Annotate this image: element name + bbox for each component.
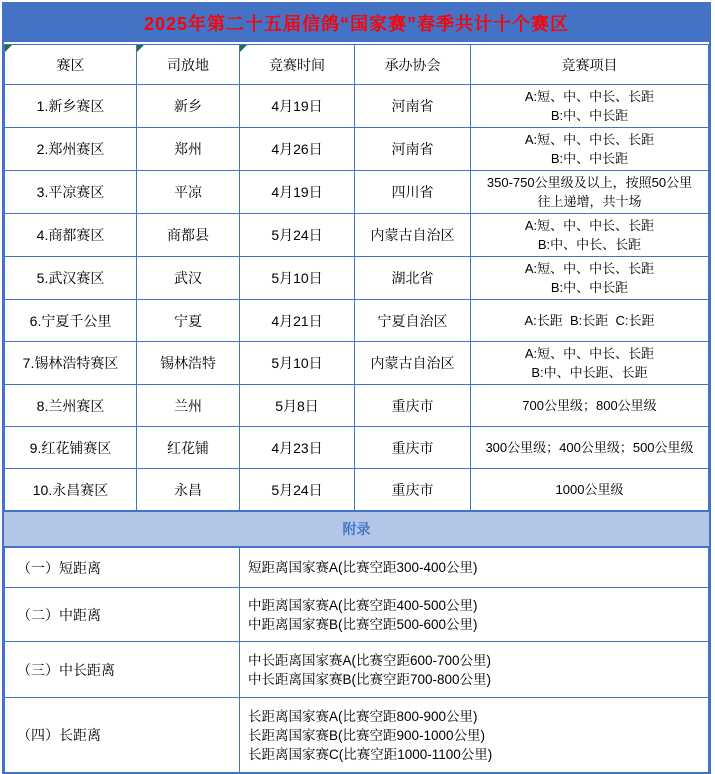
date-cell: 4月26日 <box>240 128 355 171</box>
zone-cell: 2.郑州赛区 <box>5 128 137 171</box>
appendix-header: 附录 <box>4 511 709 547</box>
appendix-row: （三）中长距离 中长距离国家赛A(比赛空距600-700公里) 中长距离国家赛B… <box>5 642 709 698</box>
zone-cell: 6.宁夏千公里 <box>5 300 137 342</box>
table-row: 5.武汉赛区 武汉 5月10日 湖北省 A:短、中、中长、长距 B:中、中长距 <box>5 257 709 300</box>
site-cell: 兰州 <box>137 385 240 427</box>
header-race-date: 竞赛时间 <box>240 45 355 85</box>
table-row: 7.锡林浩特赛区 锡林浩特 5月10日 内蒙古自治区 A:短、中、中长、长距 B… <box>5 342 709 385</box>
appendix-table: （一）短距离 短距离国家赛A(比赛空距300-400公里) （二）中距离 中距离… <box>4 547 709 773</box>
site-cell: 商都县 <box>137 214 240 257</box>
header-row: 赛区 司放地 竞赛时间 承办协会 竞赛项目 <box>5 45 709 85</box>
table-row: 6.宁夏千公里 宁夏 4月21日 宁夏自治区 A:长距 B:长距 C:长距 <box>5 300 709 342</box>
events-cell: A:短、中、中长、长距 B:中、中长距 <box>471 257 709 300</box>
zone-cell: 4.商都赛区 <box>5 214 137 257</box>
events-cell: A:短、中、中长、长距 B:中、中长距 <box>471 128 709 171</box>
association-cell: 湖北省 <box>355 257 471 300</box>
error-triangle-icon <box>137 45 144 52</box>
appendix-category: （二）中距离 <box>5 588 240 642</box>
date-cell: 5月24日 <box>240 469 355 511</box>
date-cell: 5月10日 <box>240 342 355 385</box>
appendix-category: （四）长距离 <box>5 698 240 773</box>
site-cell: 平凉 <box>137 171 240 214</box>
date-cell: 5月24日 <box>240 214 355 257</box>
site-cell: 新乡 <box>137 85 240 128</box>
zone-cell: 10.永昌赛区 <box>5 469 137 511</box>
date-cell: 5月10日 <box>240 257 355 300</box>
site-cell: 红花铺 <box>137 427 240 469</box>
association-cell: 宁夏自治区 <box>355 300 471 342</box>
header-zone: 赛区 <box>5 45 137 85</box>
table-frame: 2025年第二十五届信鸽“国家赛”春季共计十个赛区 赛区 司放地 竞赛时间 承办… <box>2 2 711 774</box>
appendix-detail: 短距离国家赛A(比赛空距300-400公里) <box>240 548 709 588</box>
spreadsheet-view: 2025年第二十五届信鸽“国家赛”春季共计十个赛区 赛区 司放地 竞赛时间 承办… <box>0 0 715 774</box>
table-row: 4.商都赛区 商都县 5月24日 内蒙古自治区 A:短、中、中长、长距 B:中、… <box>5 214 709 257</box>
site-cell: 郑州 <box>137 128 240 171</box>
events-cell: A:长距 B:长距 C:长距 <box>471 300 709 342</box>
site-cell: 锡林浩特 <box>137 342 240 385</box>
association-cell: 河南省 <box>355 128 471 171</box>
zone-cell: 3.平凉赛区 <box>5 171 137 214</box>
association-cell: 重庆市 <box>355 385 471 427</box>
date-cell: 4月21日 <box>240 300 355 342</box>
appendix-detail: 长距离国家赛A(比赛空距800-900公里) 长距离国家赛B(比赛空距900-1… <box>240 698 709 773</box>
appendix-category: （三）中长距离 <box>5 642 240 698</box>
events-cell: A:短、中、中长、长距 B:中、中长距 <box>471 85 709 128</box>
association-cell: 内蒙古自治区 <box>355 214 471 257</box>
table-row: 3.平凉赛区 平凉 4月19日 四川省 350-750公里级及以上，按照50公里… <box>5 171 709 214</box>
header-association: 承办协会 <box>355 45 471 85</box>
table-row: 9.红花铺赛区 红花铺 4月23日 重庆市 300公里级；400公里级；500公… <box>5 427 709 469</box>
zone-cell: 8.兰州赛区 <box>5 385 137 427</box>
site-cell: 永昌 <box>137 469 240 511</box>
events-cell: 700公里级；800公里级 <box>471 385 709 427</box>
zone-cell: 5.武汉赛区 <box>5 257 137 300</box>
appendix-row: （四）长距离 长距离国家赛A(比赛空距800-900公里) 长距离国家赛B(比赛… <box>5 698 709 773</box>
association-cell: 重庆市 <box>355 427 471 469</box>
association-cell: 重庆市 <box>355 469 471 511</box>
page-title: 2025年第二十五届信鸽“国家赛”春季共计十个赛区 <box>4 4 709 44</box>
table-row: 10.永昌赛区 永昌 5月24日 重庆市 1000公里级 <box>5 469 709 511</box>
error-triangle-icon <box>240 45 247 52</box>
site-cell: 宁夏 <box>137 300 240 342</box>
table-row: 8.兰州赛区 兰州 5月8日 重庆市 700公里级；800公里级 <box>5 385 709 427</box>
association-cell: 河南省 <box>355 85 471 128</box>
date-cell: 4月23日 <box>240 427 355 469</box>
events-cell: A:短、中、中长、长距 B:中、中长距、长距 <box>471 342 709 385</box>
association-cell: 内蒙古自治区 <box>355 342 471 385</box>
date-cell: 5月8日 <box>240 385 355 427</box>
table-row: 2.郑州赛区 郑州 4月26日 河南省 A:短、中、中长、长距 B:中、中长距 <box>5 128 709 171</box>
zone-cell: 9.红花铺赛区 <box>5 427 137 469</box>
date-cell: 4月19日 <box>240 85 355 128</box>
events-cell: A:短、中、中长、长距 B:中、中长、长距 <box>471 214 709 257</box>
header-release-site: 司放地 <box>137 45 240 85</box>
table-row: 1.新乡赛区 新乡 4月19日 河南省 A:短、中、中长、长距 B:中、中长距 <box>5 85 709 128</box>
appendix-detail: 中长距离国家赛A(比赛空距600-700公里) 中长距离国家赛B(比赛空距700… <box>240 642 709 698</box>
appendix-row: （二）中距离 中距离国家赛A(比赛空距400-500公里) 中距离国家赛B(比赛… <box>5 588 709 642</box>
events-cell: 300公里级；400公里级；500公里级 <box>471 427 709 469</box>
association-cell: 四川省 <box>355 171 471 214</box>
appendix-row: （一）短距离 短距离国家赛A(比赛空距300-400公里) <box>5 548 709 588</box>
appendix-detail: 中距离国家赛A(比赛空距400-500公里) 中距离国家赛B(比赛空距500-6… <box>240 588 709 642</box>
zone-cell: 7.锡林浩特赛区 <box>5 342 137 385</box>
date-cell: 4月19日 <box>240 171 355 214</box>
error-triangle-icon <box>5 45 12 52</box>
events-cell: 350-750公里级及以上，按照50公里 往上递增，共十场 <box>471 171 709 214</box>
zone-cell: 1.新乡赛区 <box>5 85 137 128</box>
appendix-category: （一）短距离 <box>5 548 240 588</box>
race-zones-table: 赛区 司放地 竞赛时间 承办协会 竞赛项目 1.新乡赛区 新乡 4月19日 河南… <box>4 44 709 511</box>
header-events: 竞赛项目 <box>471 45 709 85</box>
events-cell: 1000公里级 <box>471 469 709 511</box>
site-cell: 武汉 <box>137 257 240 300</box>
